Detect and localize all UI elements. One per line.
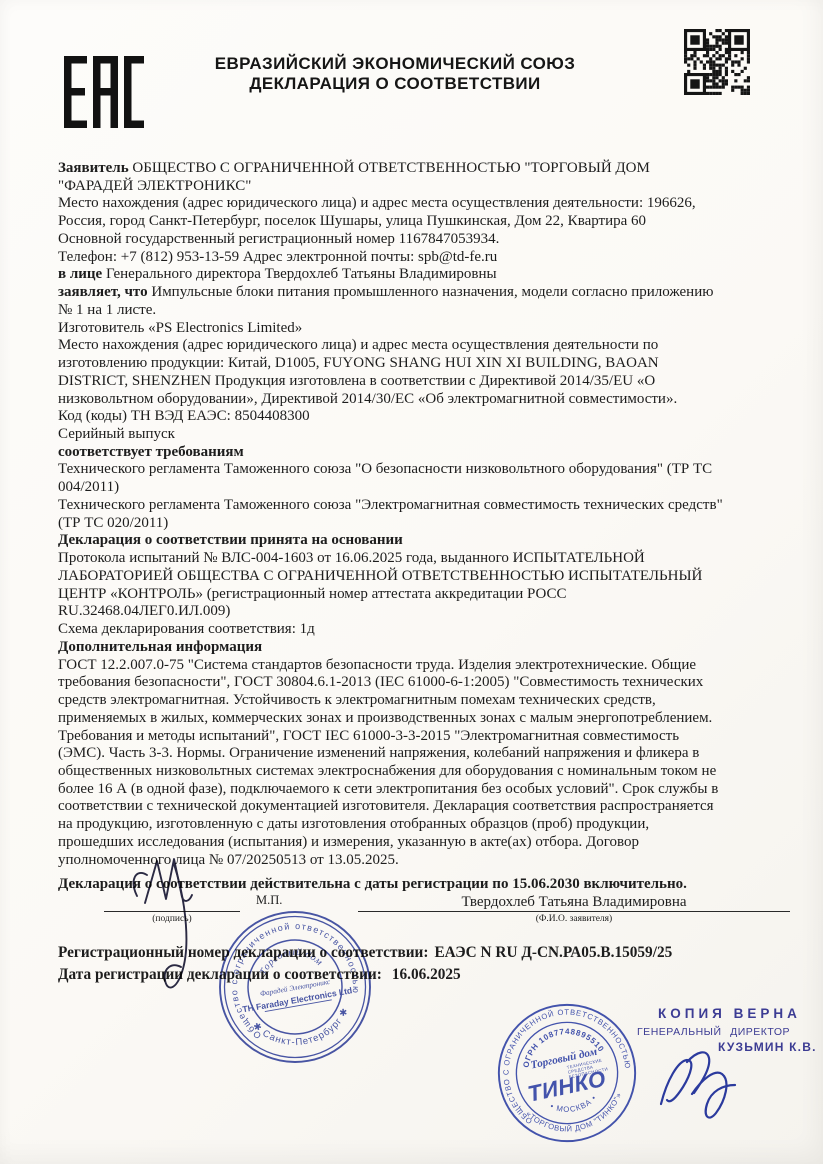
header-union-name: ЕВРАЗИЙСКИЙ ЭКОНОМИЧЕСКИЙ СОЮЗ bbox=[145, 54, 645, 74]
director-signature bbox=[661, 1052, 735, 1117]
registration-number-value: ЕАЭС N RU Д-CN.РА05.В.15059/25 bbox=[434, 944, 672, 961]
qr-code bbox=[683, 29, 751, 95]
copy-verna-name: КУЗЬМИН К.В. bbox=[718, 1040, 817, 1054]
stamp-spb-city-text: ✱ Санкт-Петербург ✱ bbox=[249, 1004, 356, 1056]
copy-verna-role-right: ДИРЕКТОР bbox=[730, 1026, 790, 1038]
document-line: Дополнительная информация bbox=[58, 639, 803, 657]
copy-verna-role-left: ГЕНЕРАЛЬНЫЙ bbox=[637, 1026, 722, 1038]
name-line bbox=[358, 911, 790, 912]
document-line: Место нахождения (адрес юридического лиц… bbox=[58, 195, 803, 213]
document-line: уполномоченного лица № 07/20250513 от 13… bbox=[58, 852, 803, 870]
document-line: ЛАБОРАТОРИЕЙ ОБЩЕСТВА С ОГРАНИЧЕННОЙ ОТВ… bbox=[58, 568, 803, 586]
declaration-document: ЕВРАЗИЙСКИЙ ЭКОНОМИЧЕСКИЙ СОЮЗ ДЕКЛАРАЦИ… bbox=[0, 0, 823, 1164]
document-line: Технического регламента Таможенного союз… bbox=[58, 461, 803, 479]
seal-place-label: М.П. bbox=[256, 893, 282, 908]
eac-logo bbox=[64, 56, 144, 128]
document-line: низковольтном оборудовании», Директивой … bbox=[58, 391, 803, 409]
document-line: Россия, город Санкт-Петербург, поселок Ш… bbox=[58, 213, 803, 231]
document-line: Заявитель ОБЩЕСТВО С ОГРАНИЧЕННОЙ ОТВЕТС… bbox=[58, 160, 803, 178]
document-line: средств электромагнитная. Устойчивость к… bbox=[58, 692, 803, 710]
signature-line bbox=[104, 911, 240, 912]
copy-verna-role: ГЕНЕРАЛЬНЫЙ ДИРЕКТОР bbox=[637, 1026, 790, 1038]
document-line: Изготовитель «PS Electronics Limited» bbox=[58, 320, 803, 338]
document-line: ЦЕНТР «КОНТРОЛЬ» (регистрационный номер … bbox=[58, 586, 803, 604]
company-stamp-spb: Общество с ограниченной ответственностью… bbox=[202, 894, 387, 1079]
document-line: Код (коды) ТН ВЭД ЕАЭС: 8504408300 bbox=[58, 408, 803, 426]
document-line: Место нахождения (адрес юридического лиц… bbox=[58, 337, 803, 355]
document-line: № 1 на 1 листе. bbox=[58, 302, 803, 320]
document-line: Основной государственный регистрационный… bbox=[58, 231, 803, 249]
name-caption: (Ф.И.О. заявителя) bbox=[358, 914, 790, 924]
document-line: требования безопасности", ГОСТ 30804.6.1… bbox=[58, 674, 803, 692]
header-doc-type: ДЕКЛАРАЦИЯ О СООТВЕТСТВИИ bbox=[145, 74, 645, 94]
document-line: Протокола испытаний № ВЛС-004-1603 от 16… bbox=[58, 550, 803, 568]
document-header: ЕВРАЗИЙСКИЙ ЭКОНОМИЧЕСКИЙ СОЮЗ ДЕКЛАРАЦИ… bbox=[145, 54, 645, 94]
document-line: (ТР ТС 020/2011) bbox=[58, 515, 803, 533]
document-line: Телефон: +7 (812) 953-13-59 Адрес электр… bbox=[58, 249, 803, 267]
document-line: более 16 А (в одной фазе), подключаемого… bbox=[58, 781, 803, 799]
document-line: Серийный выпуск bbox=[58, 426, 803, 444]
document-body: Заявитель ОБЩЕСТВО С ОГРАНИЧЕННОЙ ОТВЕТС… bbox=[58, 160, 803, 869]
document-line: прошедших исследования (испытания) и изм… bbox=[58, 834, 803, 852]
company-stamp-tinko: ОБЩЕСТВО С ОГРАНИЧЕННОЙ ОТВЕТСТВЕННОСТЬЮ… bbox=[480, 986, 653, 1159]
document-line: DISTRICT, SHENZHEN Продукция изготовлена… bbox=[58, 373, 803, 391]
document-line: применяемых в жилых, коммерческих зонах … bbox=[58, 710, 803, 728]
document-line: Декларация о соответствии принята на осн… bbox=[58, 532, 803, 550]
document-line: (ЭМС). Часть 3-3. Нормы. Ограничение изм… bbox=[58, 745, 803, 763]
document-line: "ФАРАДЕЙ ЭЛЕКТРОНИКС" bbox=[58, 178, 803, 196]
document-line: общественных низковольтных системах элек… bbox=[58, 763, 803, 781]
document-line: ГОСТ 12.2.007.0-75 "Система стандартов б… bbox=[58, 657, 803, 675]
document-line: RU.32468.04ЛЕГ0.ИЛ.009) bbox=[58, 603, 803, 621]
stamp-spb-inner-arc: Торговый дом bbox=[254, 942, 326, 979]
document-line: в лице Генерального директора Твердохлеб… bbox=[58, 266, 803, 284]
document-line: соответствует требованиям bbox=[58, 444, 803, 462]
document-line: Требования и методы испытаний", ГОСТ IEC… bbox=[58, 728, 803, 746]
document-line: заявляет, что Импульсные блоки питания п… bbox=[58, 284, 803, 302]
applicant-name: Твердохлеб Татьяна Владимировна bbox=[358, 894, 790, 911]
registration-date-value: 16.06.2025 bbox=[392, 966, 461, 983]
document-line: Схема декларирования соответствия: 1д bbox=[58, 621, 803, 639]
validity-statement: Декларация о соответствии действительна … bbox=[58, 876, 687, 893]
document-line: на продукцию, изготовленную с даты изгот… bbox=[58, 816, 803, 834]
document-line: Технического регламента Таможенного союз… bbox=[58, 497, 803, 515]
document-line: изготовлению продукции: Китай, D1005, FU… bbox=[58, 355, 803, 373]
copy-verna-title: КОПИЯ ВЕРНА bbox=[658, 1006, 801, 1021]
document-line: соответствии с технической документацией… bbox=[58, 798, 803, 816]
document-line: 004/2011) bbox=[58, 479, 803, 497]
